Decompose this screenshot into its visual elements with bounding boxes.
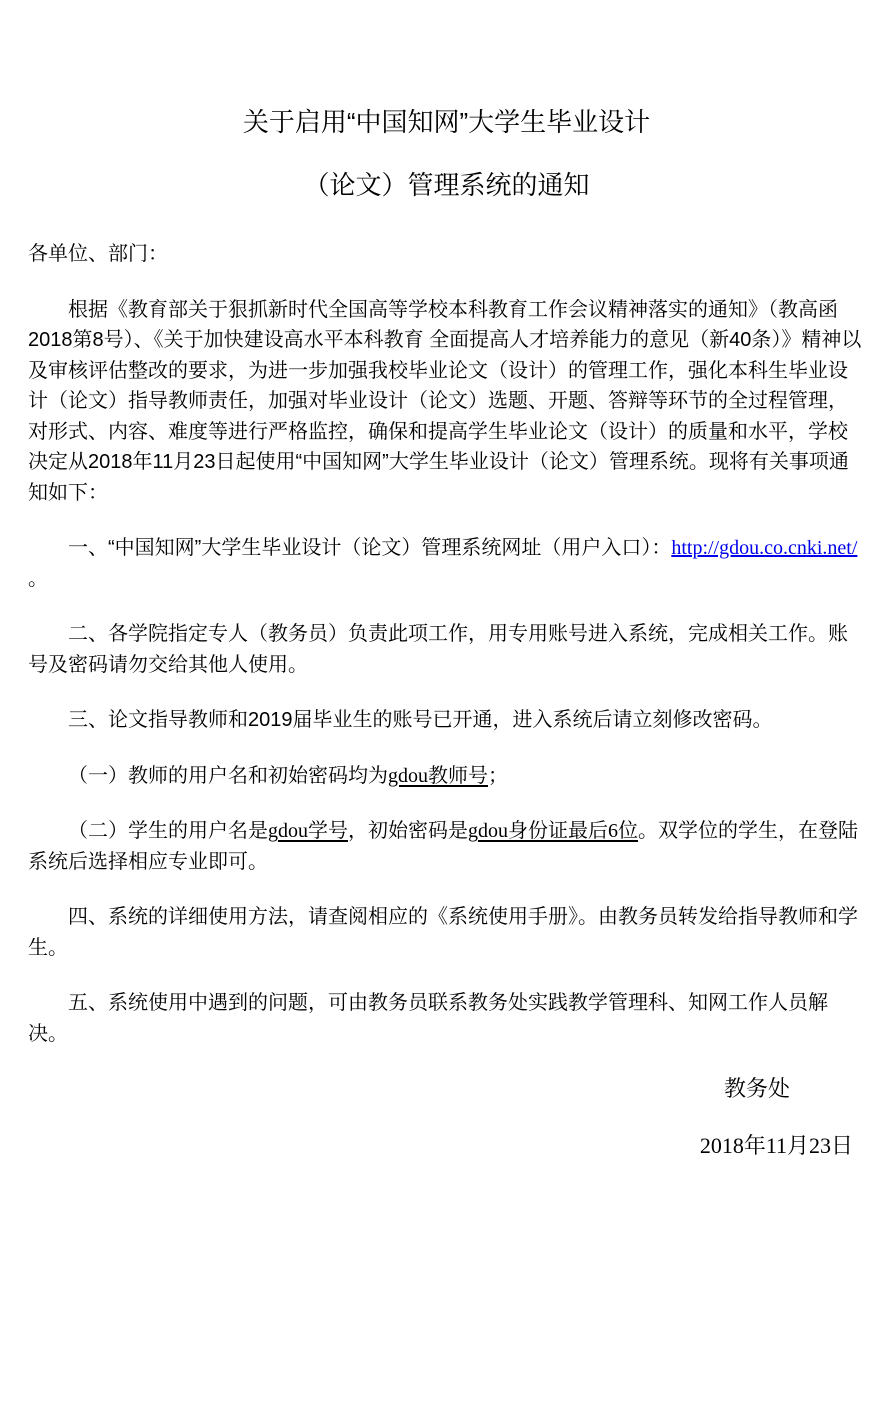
student-username-underlined: gdou学号 [268, 820, 348, 842]
sub1-suffix-text: ； [488, 765, 508, 787]
paragraph-intro: 根据《教育部关于狠抓新时代全国高等学校本科教育工作会议精神落实的通知》（教高函2… [28, 295, 865, 509]
document-title: 关于启用“中国知网”大学生毕业设计 （论文）管理系统的通知 [28, 108, 865, 199]
paragraph-item3: 三、论文指导教师和2019届毕业生的账号已开通，进入系统后请立刻修改密码。 [28, 705, 865, 736]
signature-date: 2018年11月23日 [28, 1130, 865, 1161]
student-password-underlined: gdou身份证最后6位 [468, 820, 638, 842]
paragraph-sub1: （一）教师的用户名和初始密码均为gdou教师号； [28, 761, 865, 792]
paragraph-item2: 二、各学院指定专人（教务员）负责此项工作，用专用账号进入系统，完成相关工作。账号… [28, 619, 865, 680]
system-url-link[interactable]: http://gdou.co.cnki.net/ [671, 537, 857, 559]
sub1-prefix-text: （一）教师的用户名和初始密码均为 [68, 765, 388, 787]
paragraph-sub2: （二）学生的用户名是gdou学号，初始密码是gdou身份证最后6位。双学位的学生… [28, 816, 865, 877]
item1-prefix-text: 一、“中国知网”大学生毕业设计（论文）管理系统网址（用户入口）： [68, 537, 671, 559]
notice-document-page: 关于启用“中国知网”大学生毕业设计 （论文）管理系统的通知 各单位、部门： 根据… [0, 0, 892, 1404]
teacher-account-underlined: gdou教师号 [388, 765, 488, 787]
signature-department: 教务处 [28, 1073, 865, 1104]
item1-suffix-text: 。 [28, 568, 48, 590]
paragraph-item4: 四、系统的详细使用方法，请查阅相应的《系统使用手册》。由教务员转发给指导教师和学… [28, 902, 865, 963]
sub2-prefix-text: （二）学生的用户名是 [68, 820, 268, 842]
sub2-mid-text: ，初始密码是 [348, 820, 468, 842]
paragraph-item1: 一、“中国知网”大学生毕业设计（论文）管理系统网址（用户入口）：http://g… [28, 533, 865, 594]
title-line-1: 关于启用“中国知网”大学生毕业设计 [28, 108, 865, 136]
paragraph-item5: 五、系统使用中遇到的问题，可由教务员联系教务处实践教学管理科、知网工作人员解决。 [28, 988, 865, 1049]
title-line-2: （论文）管理系统的通知 [28, 171, 865, 199]
salutation: 各单位、部门： [28, 239, 865, 270]
